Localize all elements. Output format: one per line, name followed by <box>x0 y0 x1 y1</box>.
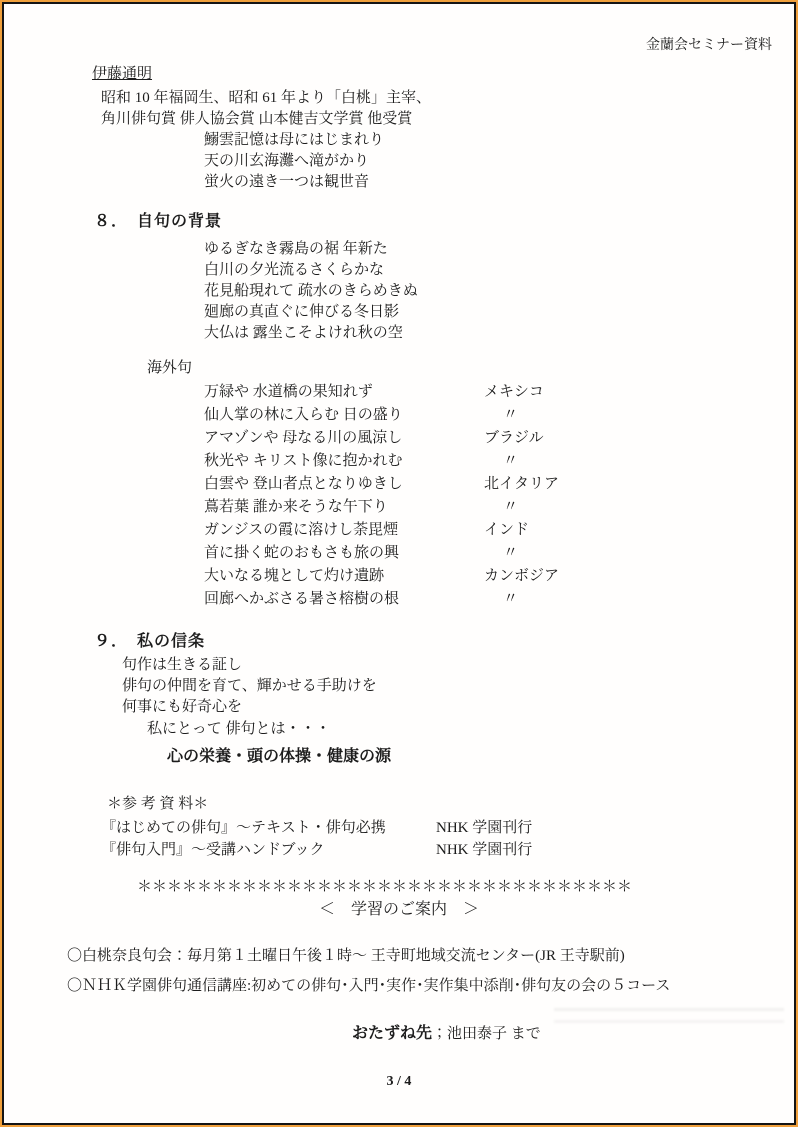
author-name: 伊藤通明 <box>92 64 152 84</box>
haiku-line: 仙人掌の林に入らむ 日の盛り <box>204 404 484 427</box>
haiku-line: 回廊へかぶさる暑さ榕樹の根 <box>204 588 484 611</box>
reference-title: 『俳句入門』～受講ハンドブック <box>101 839 436 861</box>
contact-label: おたずね先 <box>352 1025 432 1042</box>
ditto-mark: 〃 <box>484 404 518 427</box>
haiku-line: 白川の夕光流るさくらかな <box>204 260 794 281</box>
author-haiku-block: 鰯雲記憶は母にはじまれり 天の川玄海灘へ滝がかり 蛍火の遠き一つは観世音 <box>204 130 794 193</box>
reference-publisher: NHK 学園刊行 <box>436 839 532 861</box>
window-frame: 金蘭会セミナー資料 伊藤通明 昭和 10 年福岡生、昭和 61 年より「白桃」主… <box>0 0 798 1127</box>
overseas-row: 蔦若葉 誰か来そうな午下り 〃 <box>204 496 794 519</box>
overseas-row: 首に掛く蛇のおもさも旅の興 〃 <box>204 542 794 565</box>
ditto-mark: 〃 <box>484 496 518 519</box>
document-header: 金蘭会セミナー資料 <box>4 38 794 54</box>
reference-row: 『俳句入門』～受講ハンドブック NHK 学園刊行 <box>101 839 794 861</box>
guidance-item: 〇白桃奈良句会：毎月第１土曜日午後１時～ 王寺町地域交流センター(JR 王寺駅前… <box>67 945 794 967</box>
author-bio: 昭和 10 年福岡生、昭和 61 年より「白桃」主宰、 角川俳句賞 俳人協会賞 … <box>101 88 794 130</box>
bio-line: 昭和 10 年福岡生、昭和 61 年より「白桃」主宰、 <box>101 88 794 109</box>
haiku-line: ゆるぎなき霧島の裾 年新た <box>204 239 794 260</box>
place-label: カンボジア <box>484 565 559 588</box>
credo-line: 句作は生きる証し <box>122 655 794 676</box>
haiku-line: 蛍火の遠き一つは観世音 <box>204 172 794 193</box>
overseas-row: ガンジスの霞に溶けし荼毘煙 インド <box>204 519 794 542</box>
credo-line: 俳句の仲間を育て、輝かせる手助けを <box>122 676 794 697</box>
haiku-line: 鰯雲記憶は母にはじまれり <box>204 130 794 151</box>
overseas-row: 万緑や 水道橋の果知れず メキシコ <box>204 381 794 404</box>
document-page: 金蘭会セミナー資料 伊藤通明 昭和 10 年福岡生、昭和 61 年より「白桃」主… <box>2 2 796 1125</box>
haiku-line: 首に掛く蛇のおもさも旅の興 <box>204 542 484 565</box>
place-label: インド <box>484 519 529 542</box>
haiku-line: 万緑や 水道橋の果知れず <box>204 381 484 404</box>
overseas-row: 白雲や 登山者点となりゆきし 北イタリア <box>204 473 794 496</box>
haiku-line: 蔦若葉 誰か来そうな午下り <box>204 496 484 519</box>
contact-value: ；池田泰子 まで <box>432 1026 541 1042</box>
page-number: 3 / 4 <box>4 1073 794 1091</box>
section8-title: ８． 自句の背景 <box>94 211 794 233</box>
haiku-line: 大いなる塊として灼け遺跡 <box>204 565 484 588</box>
haiku-line: 白雲や 登山者点となりゆきし <box>204 473 484 496</box>
overseas-row: 仙人掌の林に入らむ 日の盛り 〃 <box>204 404 794 427</box>
haiku-line: 廻廊の真直ぐに伸びる冬日影 <box>204 302 794 323</box>
bio-line: 角川俳句賞 俳人協会賞 山本健吉文学賞 他受賞 <box>101 109 794 130</box>
credo-line: 何事にも好奇心を <box>122 697 794 718</box>
overseas-haiku-list: 万緑や 水道橋の果知れず メキシコ 仙人掌の林に入らむ 日の盛り 〃 アマゾンや… <box>204 381 794 611</box>
overseas-row: 秋光や キリスト像に抱かれむ 〃 <box>204 450 794 473</box>
references-list: 『はじめての俳句』～テキスト・俳句必携 NHK 学園刊行 『俳句入門』～受講ハン… <box>101 817 794 861</box>
place-label: 北イタリア <box>484 473 559 496</box>
author-section: 伊藤通明 昭和 10 年福岡生、昭和 61 年より「白桃」主宰、 角川俳句賞 俳… <box>4 54 794 193</box>
overseas-row: 回廊へかぶさる暑さ榕樹の根 〃 <box>204 588 794 611</box>
ditto-mark: 〃 <box>484 450 518 473</box>
reference-row: 『はじめての俳句』～テキスト・俳句必携 NHK 学園刊行 <box>101 817 794 839</box>
section8-haiku-block: ゆるぎなき霧島の裾 年新た 白川の夕光流るさくらかな 花見船現れて 疏水のきらめ… <box>204 239 794 344</box>
haiku-line: 秋光や キリスト像に抱かれむ <box>204 450 484 473</box>
haiku-line: 大仏は 露坐こそよけれ秋の空 <box>204 323 794 344</box>
haiku-line: 花見船現れて 疏水のきらめきぬ <box>204 281 794 302</box>
credo-motto: 心の栄養・頭の体操・健康の源 <box>167 746 794 768</box>
haiku-line: 天の川玄海灘へ滝がかり <box>204 151 794 172</box>
contact-line: おたずね先；池田泰子 まで <box>352 1023 794 1045</box>
ditto-mark: 〃 <box>484 542 518 565</box>
section9-title: ９． 私の信条 <box>94 631 794 653</box>
reference-title: 『はじめての俳句』～テキスト・俳句必携 <box>101 817 436 839</box>
credo-lead: 私にとって 俳句とは・・・ <box>147 718 794 740</box>
overseas-row: アマゾンや 母なる川の風涼し ブラジル <box>204 427 794 450</box>
overseas-label: 海外句 <box>147 358 794 379</box>
place-label: メキシコ <box>484 381 544 404</box>
ditto-mark: 〃 <box>484 588 518 611</box>
overseas-row: 大いなる塊として灼け遺跡 カンボジア <box>204 565 794 588</box>
place-label: ブラジル <box>484 427 544 450</box>
guidance-title: ＜ 学習のご案内 ＞ <box>4 899 794 921</box>
reference-publisher: NHK 学園刊行 <box>436 817 532 839</box>
asterisk-divider: ＊＊＊＊＊＊＊＊＊＊＊＊＊＊＊＊＊＊＊＊＊＊＊＊＊＊＊＊＊＊＊＊＊ <box>137 877 794 897</box>
references-title: ＊参 考 資 料＊ <box>107 794 794 815</box>
haiku-line: アマゾンや 母なる川の風涼し <box>204 427 484 450</box>
section9-lines: 句作は生きる証し 俳句の仲間を育て、輝かせる手助けを 何事にも好奇心を <box>122 655 794 718</box>
haiku-line: ガンジスの霞に溶けし荼毘煙 <box>204 519 484 542</box>
guidance-item: 〇ＮＨＫ学園俳句通信講座:初めての俳句･入門･実作･実作集中添削･俳句友の会の５… <box>67 975 794 997</box>
